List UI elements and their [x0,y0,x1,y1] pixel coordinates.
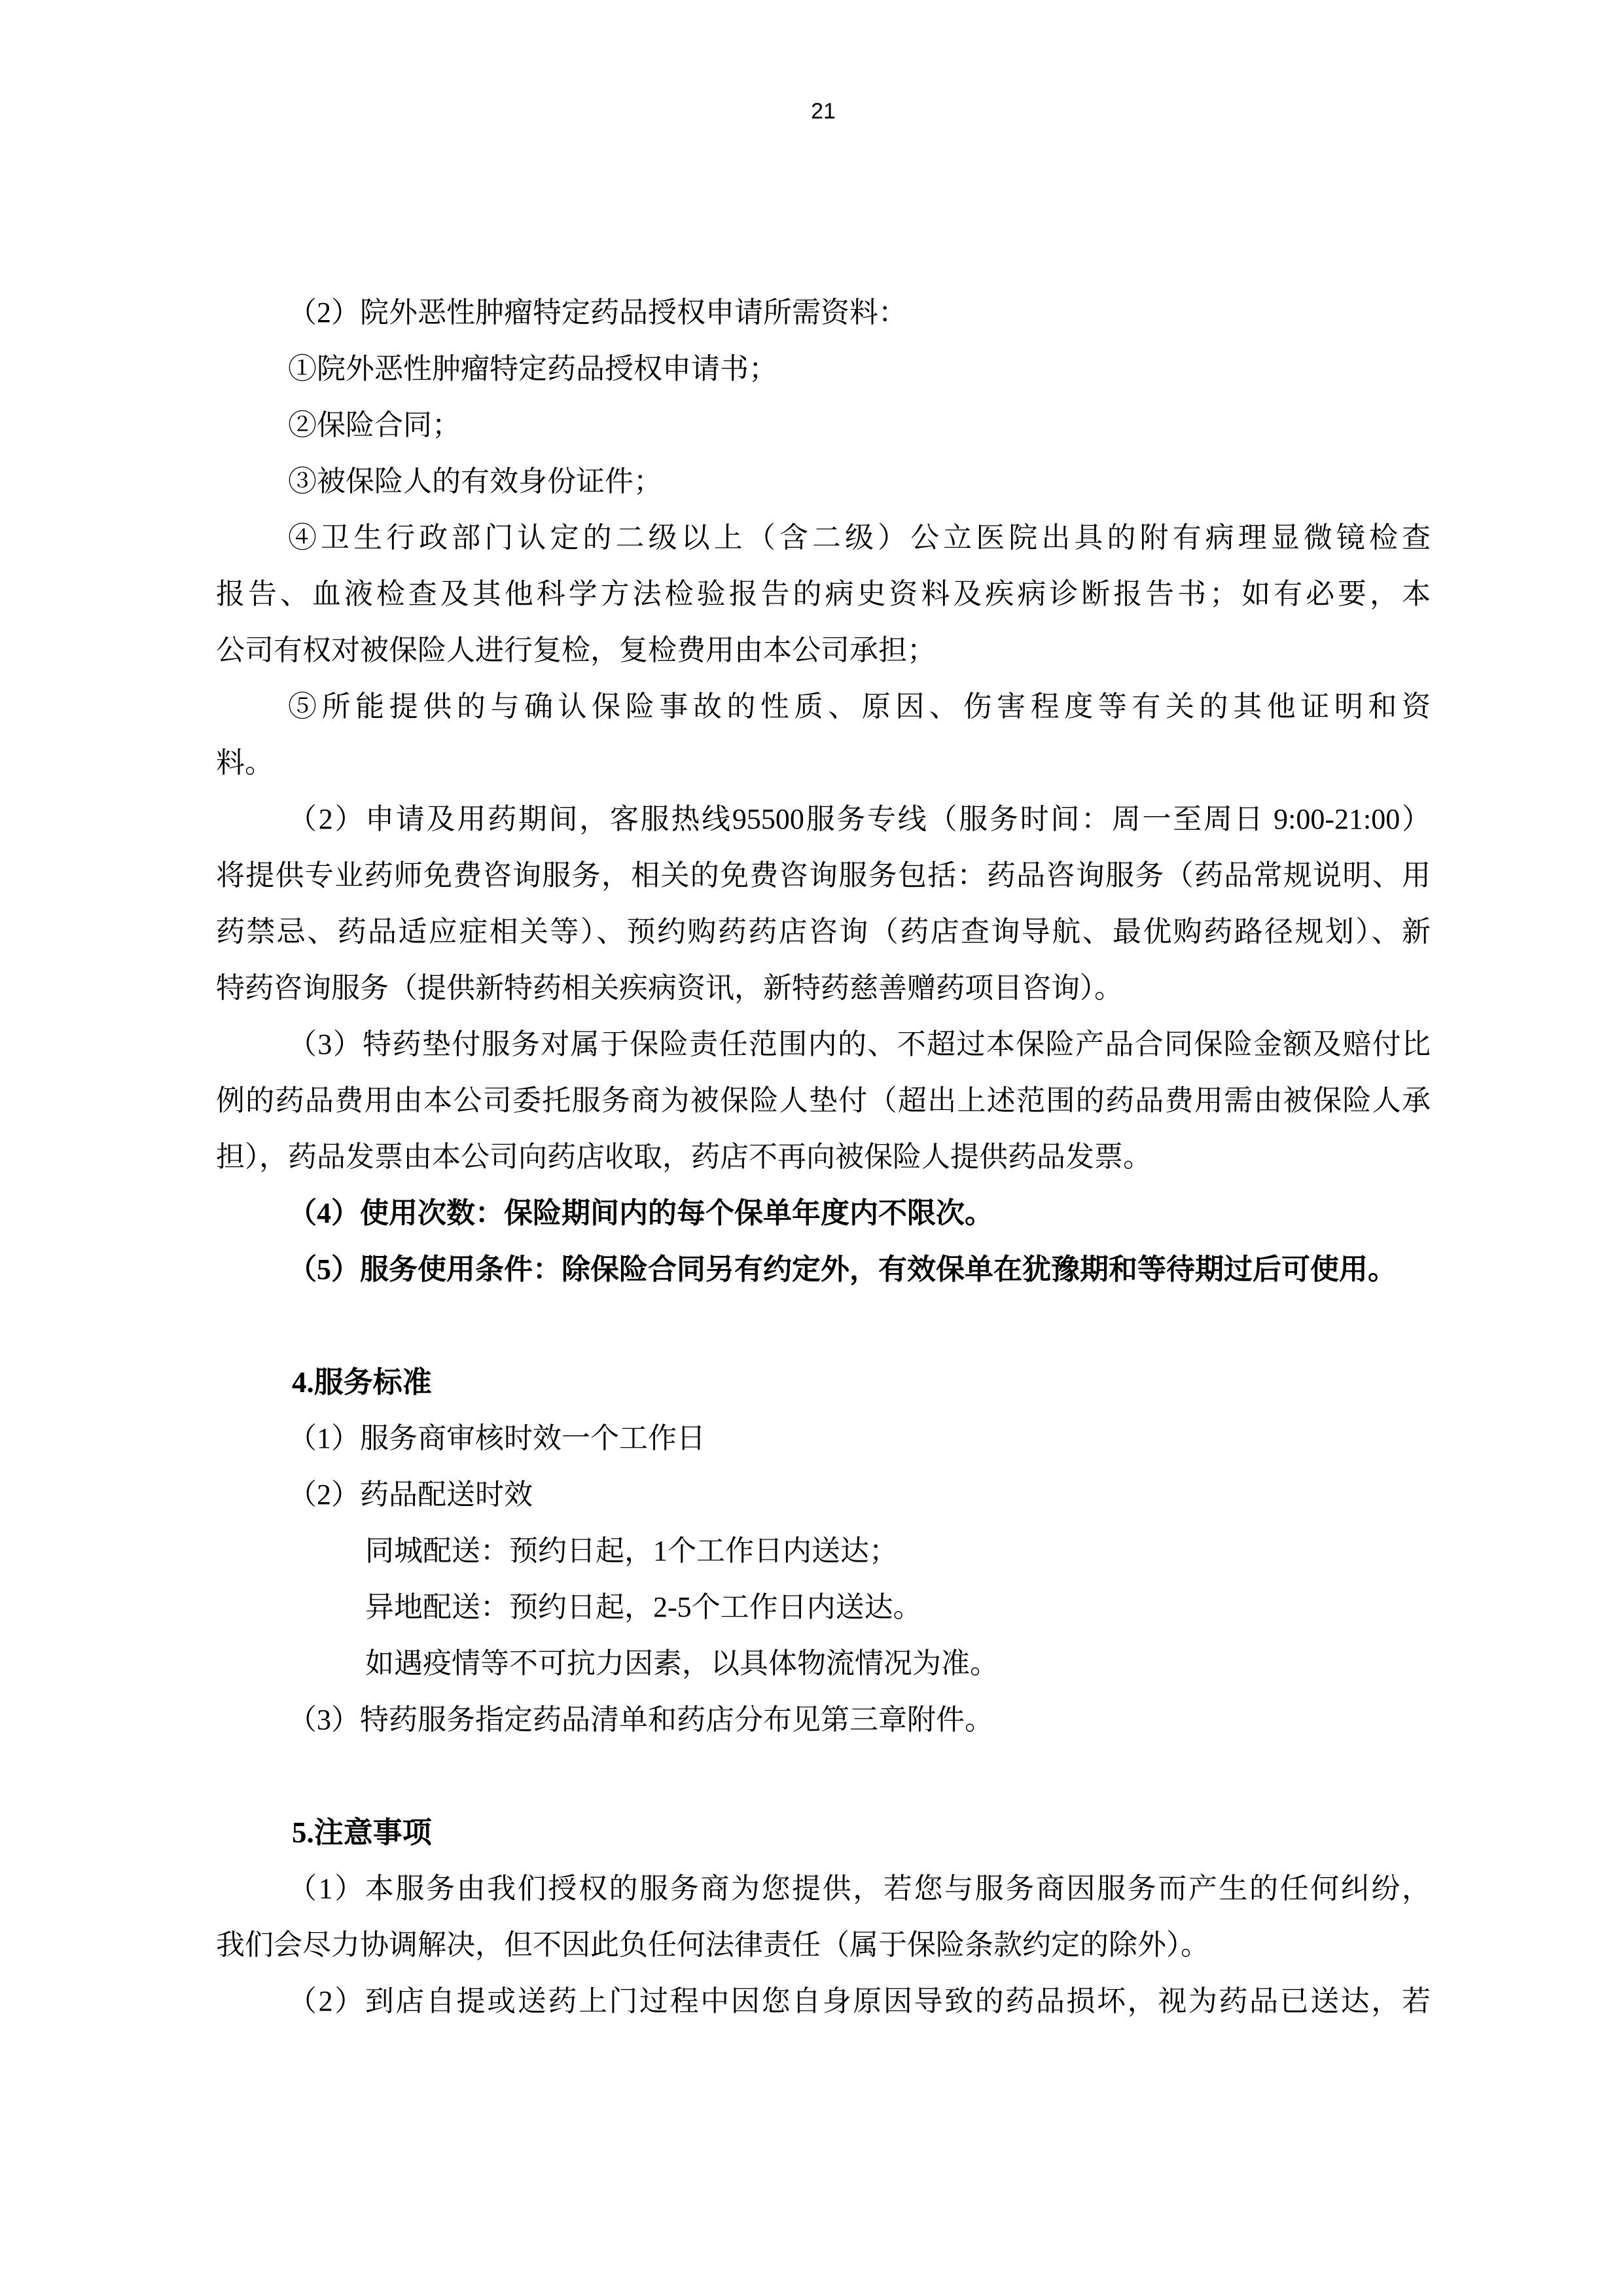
document-body: （2）院外恶性肿瘤特定药品授权申请所需资料： ①院外恶性肿瘤特定药品授权申请书；… [216,285,1431,2030]
list-item-2: ②保险合同； [216,397,1431,454]
delivery-remote-line: 异地配送：预约日起，2-5个工作日内送达。 [216,1579,1431,1636]
paragraph-line: （1）本服务由我们授权的服务商为您提供，若您与服务商因服务而产生的任何纠纷， [216,1861,1431,1917]
paragraph-line: 特药咨询服务（提供新特药相关疾病资讯，新特药慈善赠药项目咨询）。 [216,960,1431,1016]
page-number: 21 [216,98,1431,124]
paragraph-line: 报告、血液检查及其他科学方法检验报告的病史资料及疾病诊断报告书；如有必要，本 [216,566,1431,622]
delivery-local-line: 同城配送：预约日起，1个工作日内送达； [216,1523,1431,1579]
delivery-note-line: 如遇疫情等不可抗力因素，以具体物流情况为准。 [216,1636,1431,1692]
paragraph-line: 担），药品发票由本公司向药店收取，药店不再向被保险人提供药品发票。 [216,1129,1431,1185]
list-item-3: ③被保险人的有效身份证件； [216,454,1431,510]
list-item-5: ⑤所能提供的与确认保险事故的性质、原因、伤害程度等有关的其他证明和资 [216,679,1431,735]
paragraph-line: （1）服务商审核时效一个工作日 [216,1410,1431,1467]
usage-condition-line: （5）服务使用条件：除保险合同另有约定外，有效保单在犹豫期和等待期过后可使用。 [216,1242,1431,1298]
blank-line [216,1298,1431,1354]
section-heading-notes: 5.注意事项 [216,1804,1431,1861]
paragraph-line: 公司有权对被保险人进行复检，复检费用由本公司承担； [216,622,1431,679]
list-item-4: ④卫生行政部门认定的二级以上（含二级）公立医院出具的附有病理显微镜检查 [216,510,1431,566]
paragraph-line: （2）院外恶性肿瘤特定药品授权申请所需资料： [216,285,1431,341]
paragraph-line: 例的药品费用由本公司委托服务商为被保险人垫付（超出上述范围的药品费用需由被保险人… [216,1073,1431,1129]
paragraph-line: （3）特药垫付服务对属于保险责任范围内的、不超过本保险产品合同保险金额及赔付比 [216,1016,1431,1073]
paragraph-line: 料。 [216,735,1431,791]
paragraph-line: （2）到店自提或送药上门过程中因您自身原因导致的药品损坏，视为药品已送达，若 [216,1973,1431,2030]
usage-count-line: （4）使用次数：保险期间内的每个保单年度内不限次。 [216,1185,1431,1242]
list-item-1: ①院外恶性肿瘤特定药品授权申请书； [216,341,1431,397]
section-heading-service-standard: 4.服务标准 [216,1354,1431,1410]
paragraph-line: （3）特药服务指定药品清单和药店分布见第三章附件。 [216,1692,1431,1748]
paragraph-line: （2）药品配送时效 [216,1467,1431,1523]
paragraph-line: 我们会尽力协调解决，但不因此负任何法律责任（属于保险条款约定的除外）。 [216,1917,1431,1973]
paragraph-line: 将提供专业药师免费咨询服务，相关的免费咨询服务包括：药品咨询服务（药品常规说明、… [216,848,1431,904]
paragraph-line: 药禁忌、药品适应症相关等）、预约购药药店咨询（药店查询导航、最优购药路径规划）、… [216,904,1431,960]
paragraph-line: （2）申请及用药期间，客服热线95500服务专线（服务时间：周一至周日 9:00… [216,791,1431,848]
document-page: 21 （2）院外恶性肿瘤特定药品授权申请所需资料： ①院外恶性肿瘤特定药品授权申… [0,0,1623,2296]
blank-line [216,1748,1431,1804]
